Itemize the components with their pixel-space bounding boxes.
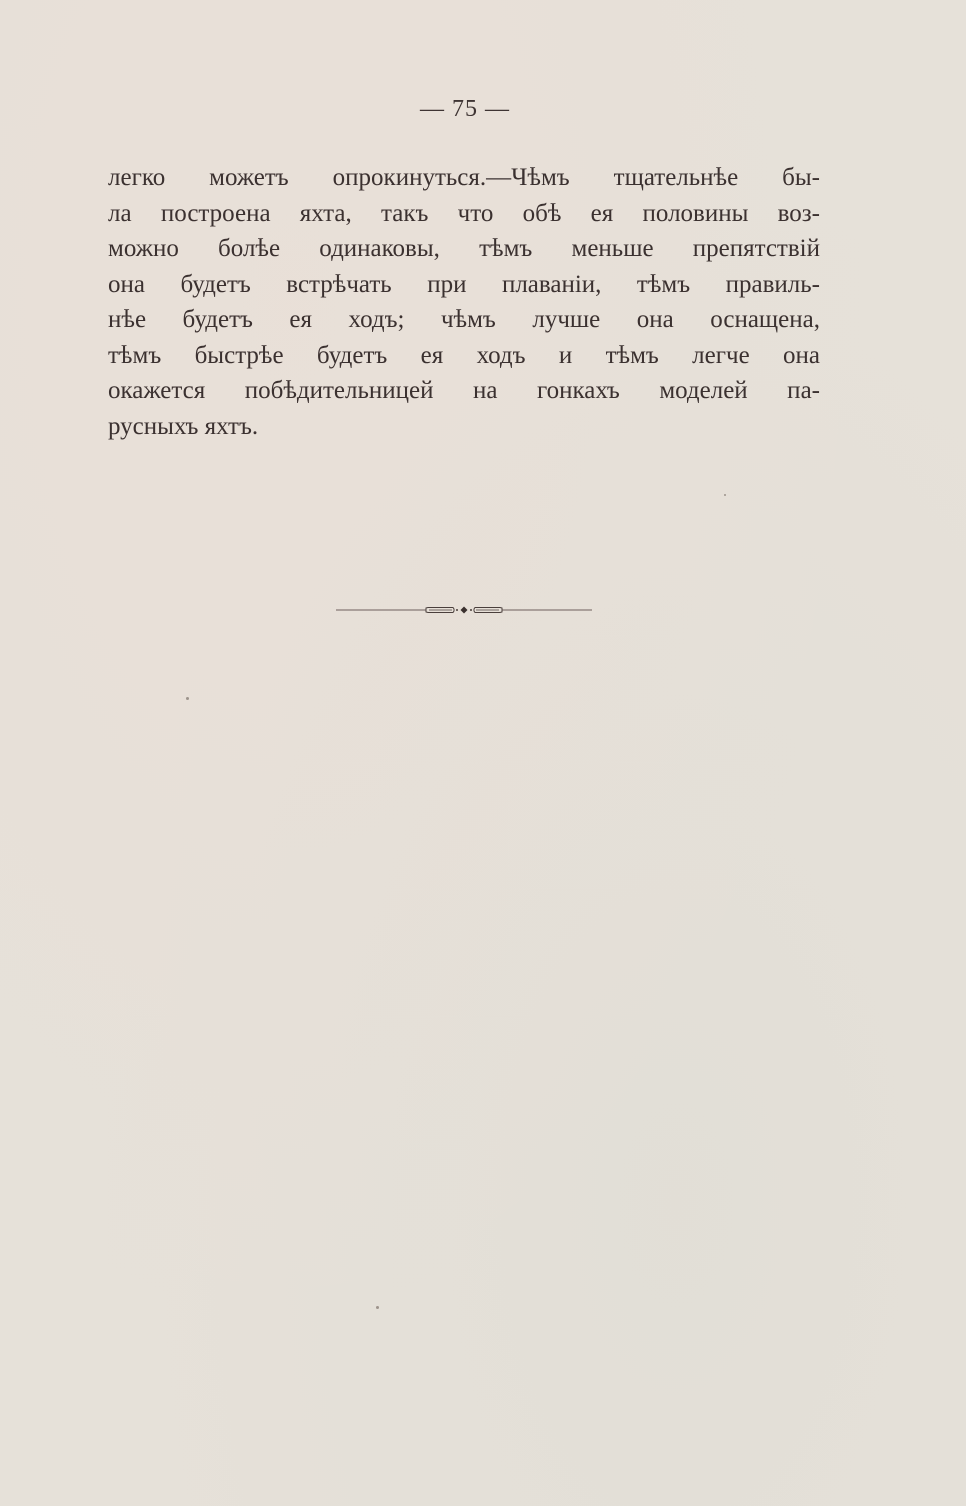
paper-speck [724,494,726,496]
book-page: — 75 — легко можетъ опрокинуться.—Чѣмъ т… [0,0,966,1506]
text-line: тѣмъ быстрѣе будетъ ея ходъ и тѣмъ легче… [108,338,820,374]
paper-speck [186,697,189,700]
text-line: русныхъ яхтъ. [108,409,820,445]
text-line: легко можетъ опрокинуться.—Чѣмъ тщательн… [108,160,820,196]
text-line: она будетъ встрѣчать при плаваніи, тѣмъ … [108,267,820,303]
text-line: можно болѣе одинаковы, тѣмъ меньше препя… [108,231,820,267]
page-number: — 75 — [0,96,930,123]
paper-speck [376,1306,379,1309]
text-line: ла построена яхта, такъ что обѣ ея полов… [108,196,820,232]
end-of-chapter-divider-icon [336,600,592,620]
paragraph: легко можетъ опрокинуться.—Чѣмъ тщательн… [108,160,820,444]
text-line: окажется побѣдительницей на гонкахъ моде… [108,373,820,409]
text-line: нѣе будетъ ея ходъ; чѣмъ лучше она оснащ… [108,302,820,338]
